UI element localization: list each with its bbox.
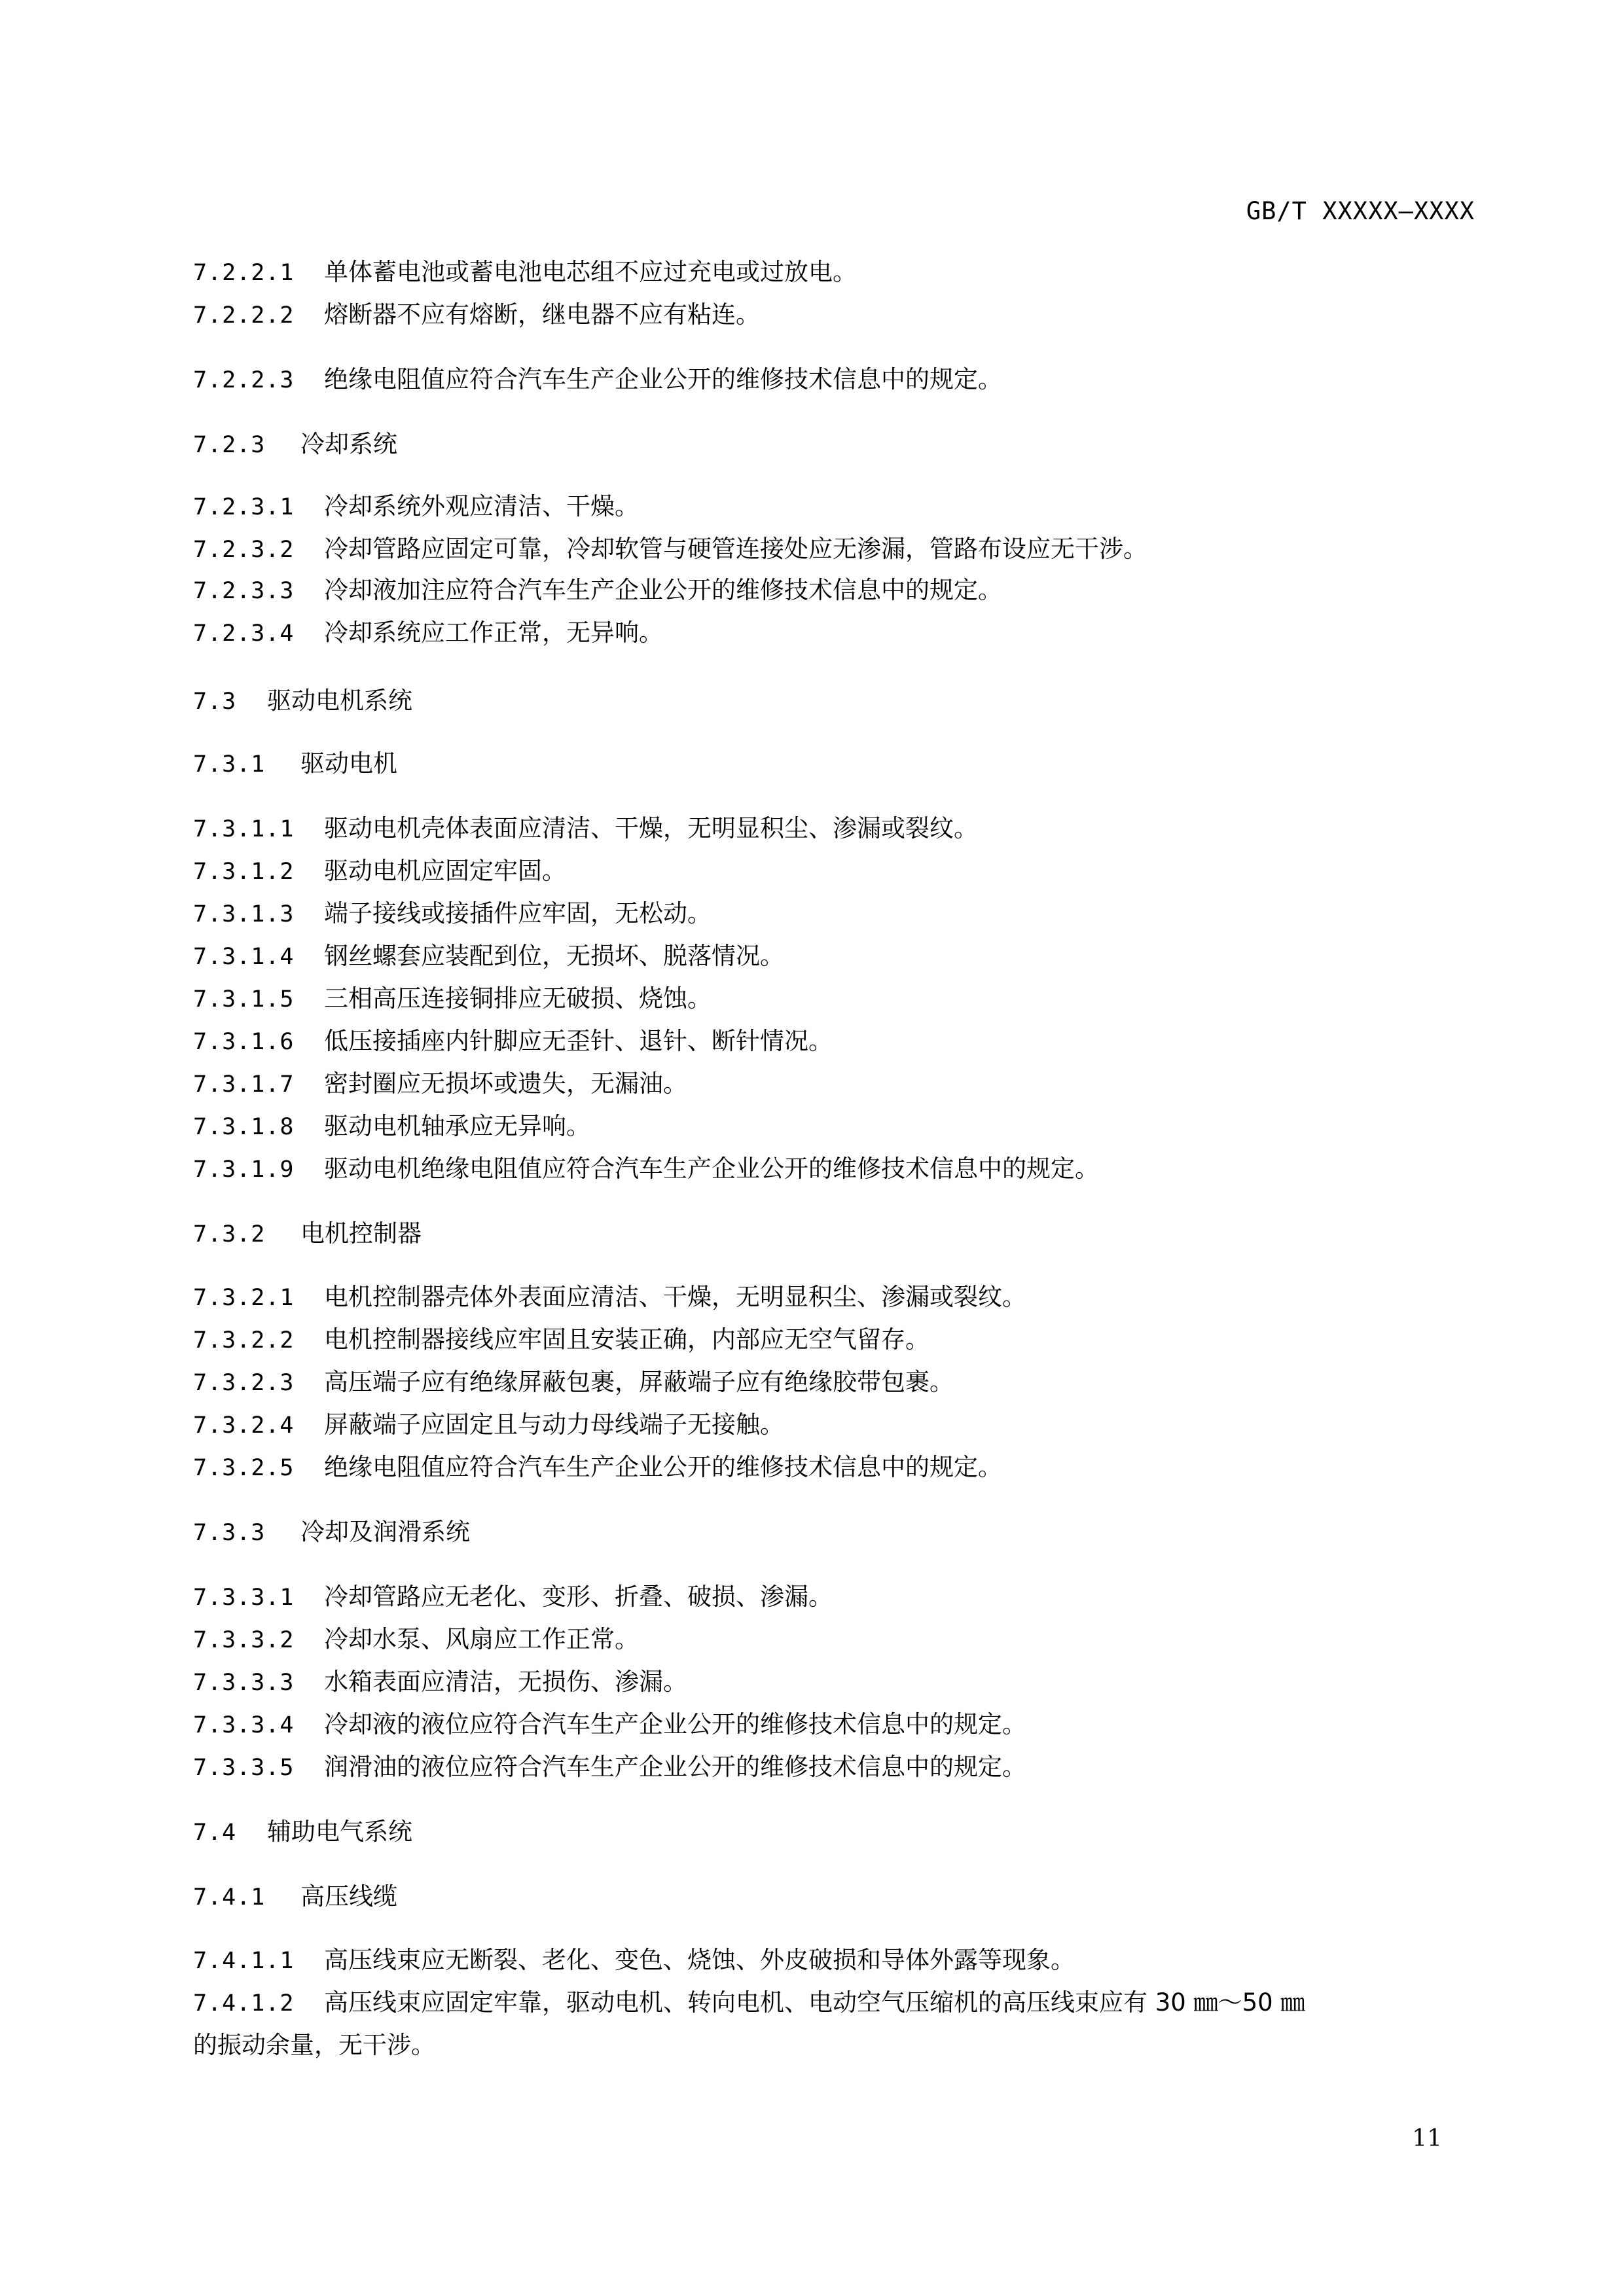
clause: 7.2.3.4冷却系统应工作正常，无异响。 [193, 618, 663, 649]
heading-text: 驱动电机系统 [267, 687, 412, 715]
clause: 7.3.1.5三相高压连接铜排应无破损、烧蚀。 [193, 984, 712, 1014]
clause-number: 7.3.2.5 [193, 1453, 324, 1483]
clause-number: 7.3.2.4 [193, 1410, 324, 1441]
page-number: 11 [1412, 2124, 1442, 2154]
clause: 7.3.3.3水箱表面应清洁，无损伤、渗漏。 [193, 1667, 687, 1698]
clause: 7.3.2.2电机控制器接线应牢固且安装正确，内部应无空气留存。 [193, 1325, 929, 1355]
heading-text: 冷却及润滑系统 [300, 1518, 470, 1546]
clause-number: 7.3.1.8 [193, 1112, 324, 1142]
clause-text: 熔断器不应有熔断，继电器不应有粘连。 [324, 300, 760, 329]
clause-number: 7.3.3 [193, 1518, 300, 1548]
clause-text: 高压端子应有绝缘屏蔽包裹，屏蔽端子应有绝缘胶带包裹。 [324, 1368, 954, 1396]
clause-text: 驱动电机轴承应无异响。 [324, 1112, 590, 1140]
clause: 7.3.3.5润滑油的液位应符合汽车生产企业公开的维修技术信息中的规定。 [193, 1752, 1026, 1783]
clause-text: 冷却液加注应符合汽车生产企业公开的维修技术信息中的规定。 [324, 576, 1002, 604]
clause: 7.4.1.1高压线束应无断裂、老化、变色、烧蚀、外皮破损和导体外露等现象。 [193, 1945, 1075, 1976]
clause: 7.3.2.5绝缘电阻值应符合汽车生产企业公开的维修技术信息中的规定。 [193, 1452, 1002, 1483]
clause: 7.3.1.4钢丝螺套应装配到位，无损坏、脱落情况。 [193, 941, 784, 972]
clause-text: 电机控制器接线应牢固且安装正确，内部应无空气留存。 [324, 1325, 929, 1354]
clause-number: 7.3.1.2 [193, 857, 324, 887]
clause-text: 冷却水泵、风扇应工作正常。 [324, 1625, 639, 1653]
heading-text: 驱动电机 [300, 749, 397, 778]
clause: 7.3.3.4冷却液的液位应符合汽车生产企业公开的维修技术信息中的规定。 [193, 1710, 1026, 1740]
clause: 7.3.2.1电机控制器壳体外表面应清洁、干燥，无明显积尘、渗漏或裂纹。 [193, 1282, 1026, 1313]
clause-number: 7.3.1.4 [193, 942, 324, 972]
section-heading: 7.3.1驱动电机 [193, 749, 397, 780]
clause-number: 7.4.1 [193, 1882, 300, 1912]
clause-text: 高压线束应固定牢靠，驱动电机、转向电机、电动空气压缩机的高压线束应有 30 ㎜～… [324, 1988, 1305, 2017]
heading-text: 电机控制器 [300, 1219, 422, 1247]
heading-text: 辅助电气系统 [267, 1818, 412, 1846]
clause-number: 7.3.1.6 [193, 1027, 324, 1057]
clause: 7.2.3.3冷却液加注应符合汽车生产企业公开的维修技术信息中的规定。 [193, 575, 1002, 606]
clause: 7.3.1.9驱动电机绝缘电阻值应符合汽车生产企业公开的维修技术信息中的规定。 [193, 1154, 1099, 1185]
section-heading: 7.4.1高压线缆 [193, 1882, 397, 1912]
heading-text: 冷却系统 [300, 430, 397, 458]
clause-text: 钢丝螺套应装配到位，无损坏、脱落情况。 [324, 942, 784, 970]
clause-number: 7.3.3.3 [193, 1668, 324, 1698]
clause-text: 水箱表面应清洁，无损伤、渗漏。 [324, 1668, 687, 1696]
clause-text: 端子接线或接插件应牢固，无松动。 [324, 899, 712, 927]
clause-text: 冷却液的液位应符合汽车生产企业公开的维修技术信息中的规定。 [324, 1710, 1026, 1738]
clause-number: 7.3.3.2 [193, 1625, 324, 1655]
clause-number: 7.3.3.4 [193, 1710, 324, 1740]
clause: 7.3.1.2驱动电机应固定牢固。 [193, 856, 566, 887]
clause-number: 7.2.3.2 [193, 535, 324, 565]
clause-text: 冷却管路应无老化、变形、折叠、破损、渗漏。 [324, 1583, 833, 1611]
clause-text: 密封圈应无损坏或遗失，无漏油。 [324, 1069, 687, 1098]
clause-number: 7.3.2.3 [193, 1368, 324, 1398]
section-heading: 7.3.3冷却及润滑系统 [193, 1517, 470, 1548]
clause: 7.3.1.6低压接插座内针脚应无歪针、退针、断针情况。 [193, 1026, 833, 1057]
clause: 7.2.3.2冷却管路应固定可靠，冷却软管与硬管连接处应无渗漏，管路布设应无干涉… [193, 534, 1147, 565]
clause: 7.2.3.1冷却系统外观应清洁、干燥。 [193, 492, 639, 522]
clause-number: 7.3.1.7 [193, 1069, 324, 1100]
clause-number: 7.3.2 [193, 1219, 300, 1249]
clause-continuation: 的振动余量，无干涉。 [193, 2030, 435, 2060]
clause: 7.3.1.7密封圈应无损坏或遗失，无漏油。 [193, 1069, 687, 1100]
clause: 7.3.3.1冷却管路应无老化、变形、折叠、破损、渗漏。 [193, 1582, 833, 1613]
clause: 7.4.1.2高压线束应固定牢靠，驱动电机、转向电机、电动空气压缩机的高压线束应… [193, 1988, 1305, 2018]
clause-text: 低压接插座内针脚应无歪针、退针、断针情况。 [324, 1027, 833, 1055]
clause-text: 冷却系统外观应清洁、干燥。 [324, 492, 639, 520]
clause: 7.2.2.2熔断器不应有熔断，继电器不应有粘连。 [193, 300, 760, 331]
clause-text: 冷却系统应工作正常，无异响。 [324, 619, 663, 647]
clause-number: 7.3 [193, 687, 267, 717]
clause-number: 7.3.2.2 [193, 1325, 324, 1355]
clause-number: 7.2.3.1 [193, 492, 324, 522]
clause-number: 7.2.3 [193, 430, 300, 460]
clause-text: 绝缘电阻值应符合汽车生产企业公开的维修技术信息中的规定。 [324, 365, 1002, 393]
clause-text: 润滑油的液位应符合汽车生产企业公开的维修技术信息中的规定。 [324, 1753, 1026, 1781]
clause-text: 三相高压连接铜排应无破损、烧蚀。 [324, 984, 712, 1013]
document-page: GB/T XXXXX—XXXX 7.2.2.1单体蓄电池或蓄电池电芯组不应过充电… [0, 0, 1624, 2296]
clause: 7.3.2.3高压端子应有绝缘屏蔽包裹，屏蔽端子应有绝缘胶带包裹。 [193, 1367, 954, 1398]
clause-number: 7.4.1.2 [193, 1988, 324, 2018]
clause-text: 驱动电机应固定牢固。 [324, 857, 566, 885]
clause-number: 7.2.2.2 [193, 300, 324, 331]
section-heading: 7.2.3冷却系统 [193, 429, 397, 460]
clause: 7.3.1.8驱动电机轴承应无异响。 [193, 1111, 590, 1142]
clause: 7.3.2.4屏蔽端子应固定且与动力母线端子无接触。 [193, 1410, 784, 1441]
clause-text: 绝缘电阻值应符合汽车生产企业公开的维修技术信息中的规定。 [324, 1453, 1002, 1481]
section-heading: 7.3驱动电机系统 [193, 686, 412, 717]
clause-number: 7.3.1.9 [193, 1155, 324, 1185]
clause: 7.2.2.1单体蓄电池或蓄电池电芯组不应过充电或过放电。 [193, 257, 857, 288]
clause-number: 7.3.3.5 [193, 1753, 324, 1783]
clause: 7.3.1.1驱动电机壳体表面应清洁、干燥，无明显积尘、渗漏或裂纹。 [193, 814, 978, 844]
clause-number: 7.3.1.1 [193, 814, 324, 844]
clause-text: 冷却管路应固定可靠，冷却软管与硬管连接处应无渗漏，管路布设应无干涉。 [324, 535, 1147, 563]
clause-text: 驱动电机绝缘电阻值应符合汽车生产企业公开的维修技术信息中的规定。 [324, 1155, 1099, 1183]
clause-text: 驱动电机壳体表面应清洁、干燥，无明显积尘、渗漏或裂纹。 [324, 814, 978, 842]
section-heading: 7.4辅助电气系统 [193, 1817, 412, 1848]
clause-number: 7.3.2.1 [193, 1283, 324, 1313]
clause: 7.3.1.3端子接线或接插件应牢固，无松动。 [193, 899, 712, 929]
clause-number: 7.2.3.3 [193, 576, 324, 606]
clause: 7.2.2.3绝缘电阻值应符合汽车生产企业公开的维修技术信息中的规定。 [193, 365, 1002, 395]
clause-number: 7.4.1.1 [193, 1946, 324, 1976]
clause-text: 电机控制器壳体外表面应清洁、干燥，无明显积尘、渗漏或裂纹。 [324, 1283, 1026, 1311]
clause-number: 7.2.3.4 [193, 619, 324, 649]
clause-number: 7.4 [193, 1818, 267, 1848]
clause-text: 的振动余量，无干涉。 [193, 2031, 435, 2059]
clause-text: 高压线束应无断裂、老化、变色、烧蚀、外皮破损和导体外露等现象。 [324, 1946, 1075, 1974]
heading-text: 高压线缆 [300, 1882, 397, 1910]
clause-number: 7.3.1.5 [193, 984, 324, 1014]
clause-text: 单体蓄电池或蓄电池电芯组不应过充电或过放电。 [324, 258, 857, 286]
clause-number: 7.2.2.3 [193, 365, 324, 395]
standard-code-header: GB/T XXXXX—XXXX [1246, 196, 1475, 226]
clause-number: 7.3.3.1 [193, 1583, 324, 1613]
clause: 7.3.3.2冷却水泵、风扇应工作正常。 [193, 1624, 639, 1655]
clause-number: 7.3.1.3 [193, 899, 324, 929]
section-heading: 7.3.2电机控制器 [193, 1219, 422, 1249]
clause-number: 7.3.1 [193, 749, 300, 780]
clause-number: 7.2.2.1 [193, 258, 324, 288]
clause-text: 屏蔽端子应固定且与动力母线端子无接触。 [324, 1410, 784, 1439]
